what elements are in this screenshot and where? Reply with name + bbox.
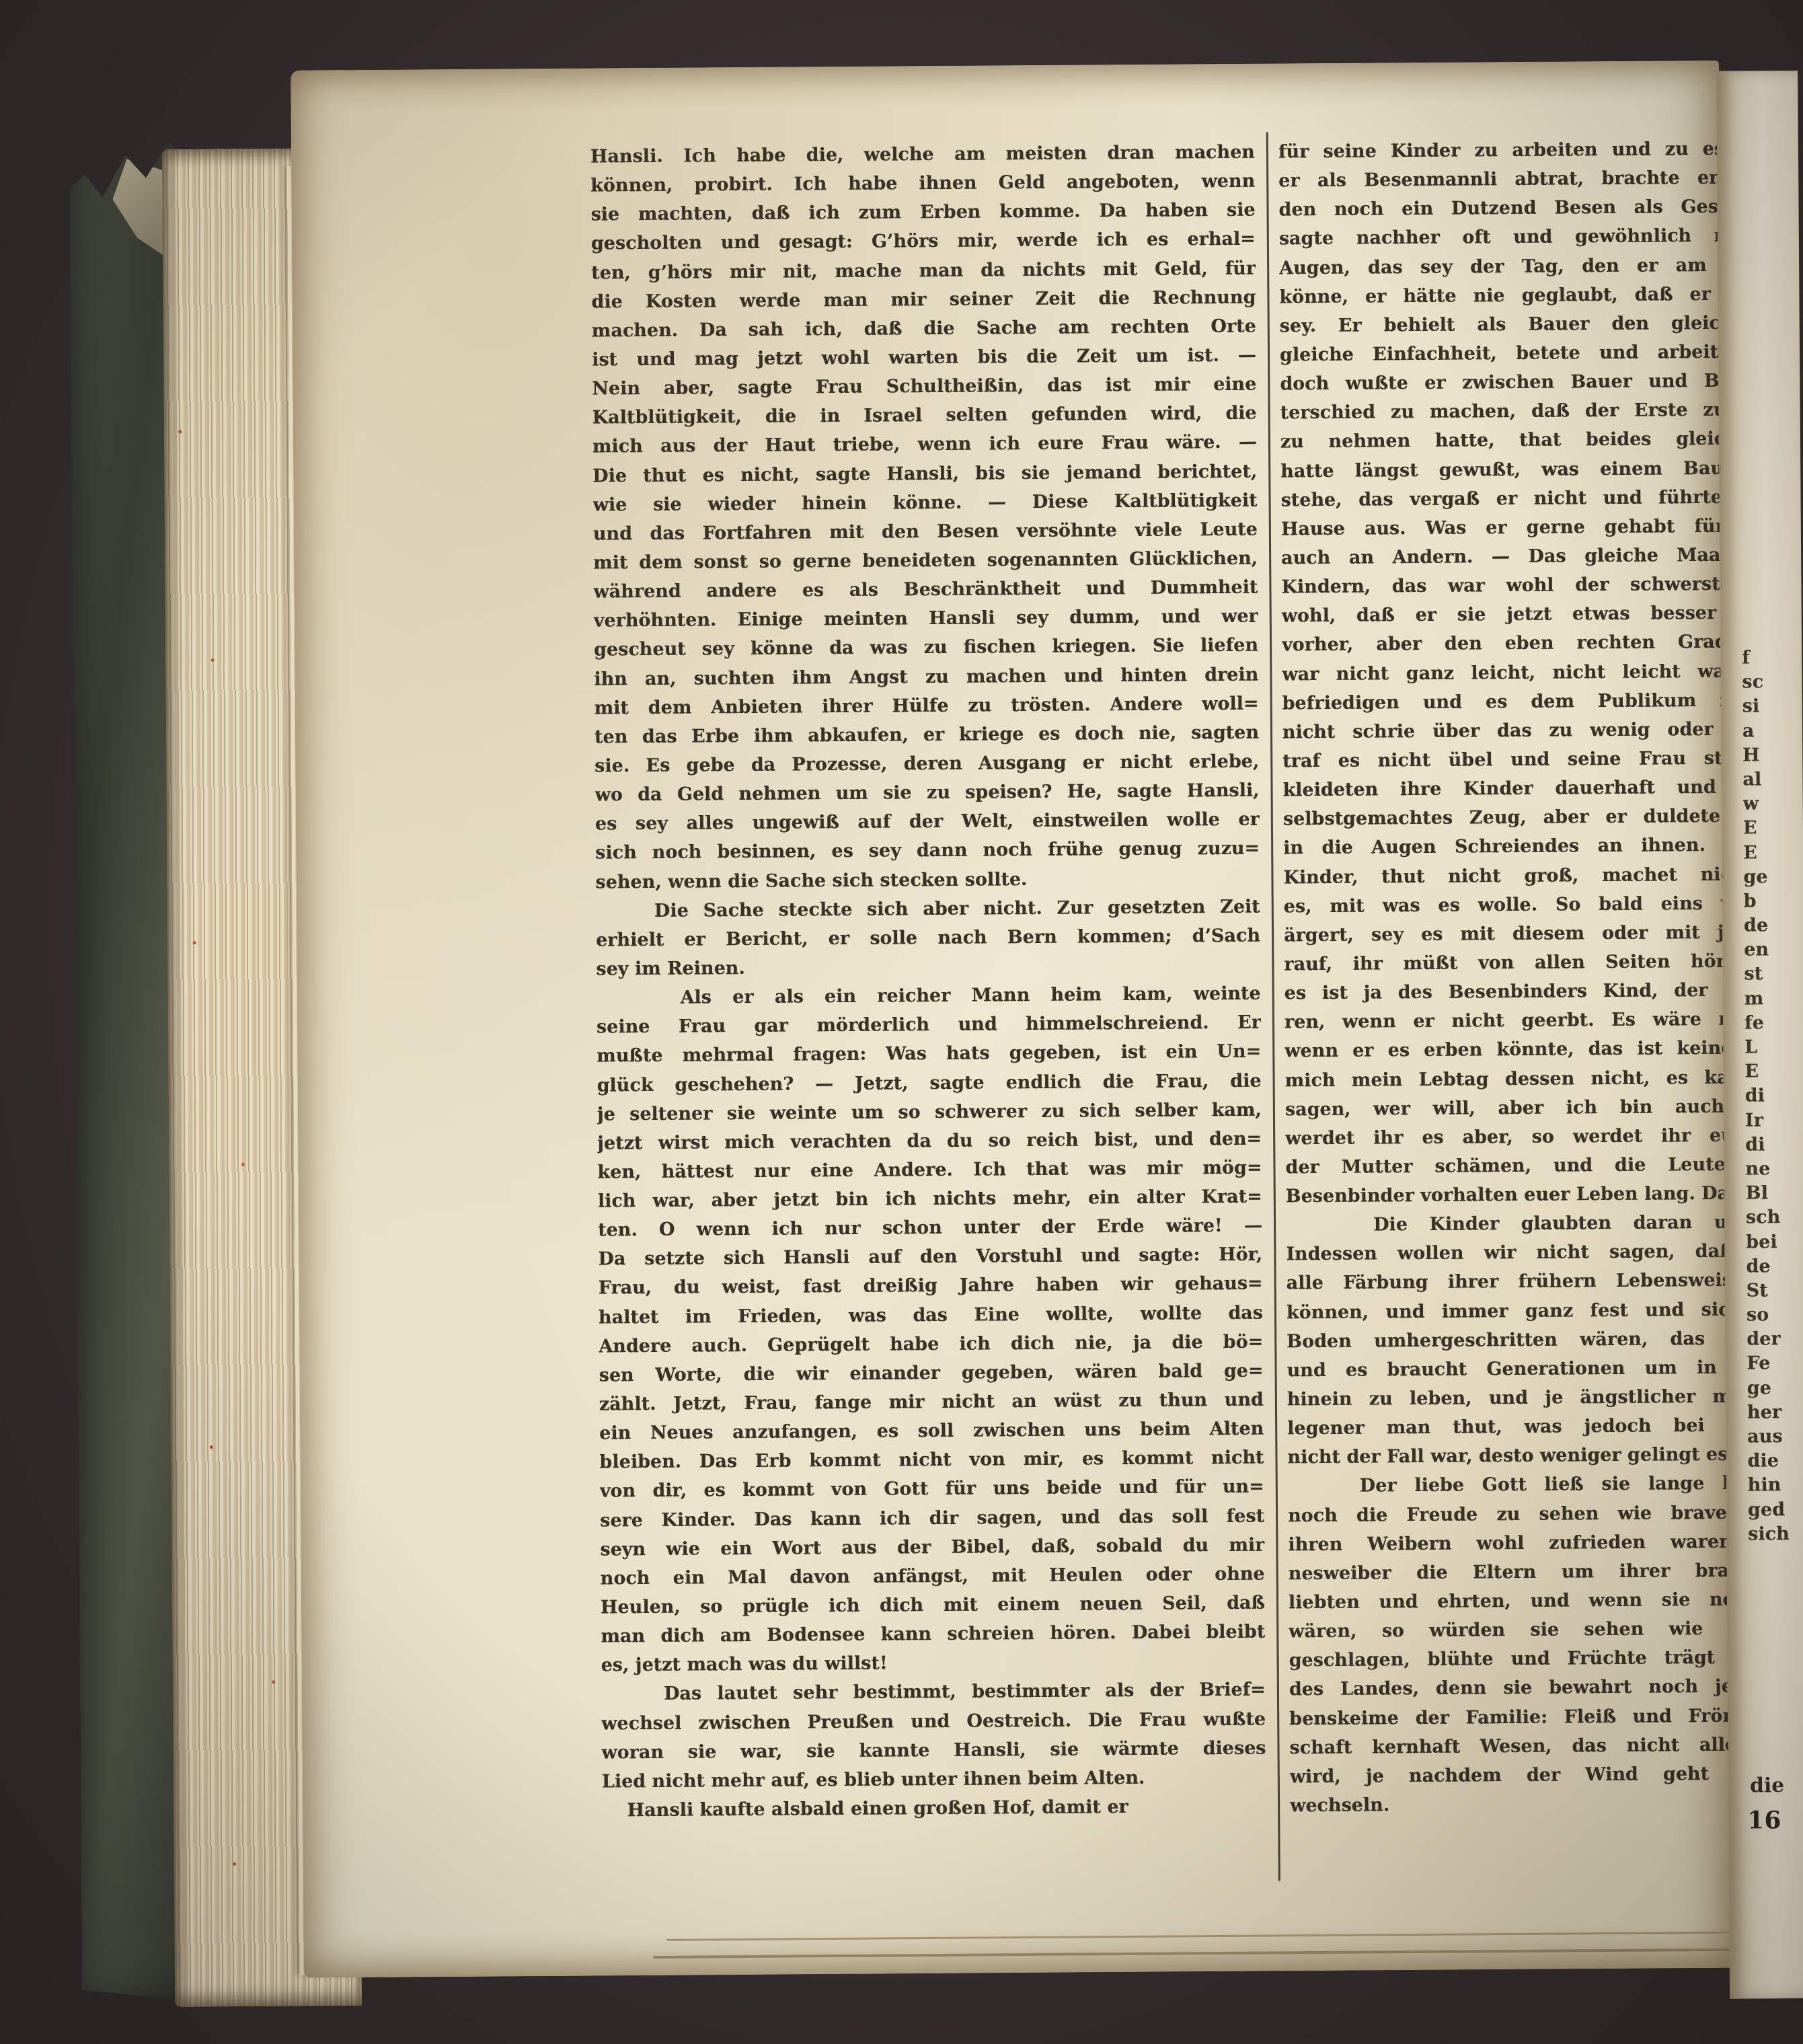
text-fragment: bei xyxy=(1746,1231,1803,1256)
text-line: schaft kernhaft Wesen, das nicht alle Ta… xyxy=(1289,1729,1803,1762)
text-fragment: H xyxy=(1742,745,1800,769)
text-fragment: en xyxy=(1744,939,1802,964)
text-fragment: Ir xyxy=(1745,1110,1803,1135)
text-line: man dich am Bodensee kann schreien hören… xyxy=(601,1618,1265,1651)
text-fragment: Fe xyxy=(1747,1353,1803,1377)
left-page: Hansli. Ich habe die, welche am meisten … xyxy=(291,61,1732,1978)
text-line: Andere auch. Geprügelt habe ich dich nie… xyxy=(599,1327,1263,1361)
text-line: gescholten und gesagt: G’hörs mir, werde… xyxy=(591,225,1256,258)
text-line: ihn an, suchten ihm Angst zu machen und … xyxy=(594,660,1258,693)
text-line: benskeime der Familie: Fleiß und Frömmig… xyxy=(1289,1700,1803,1733)
scan-background: { "book": { "description_title": "Scanne… xyxy=(0,0,1803,2044)
text-line: verhöhnten. Einige meinten Hansli sey du… xyxy=(594,602,1258,636)
text-fragment: so xyxy=(1747,1304,1803,1329)
text-line: Frau, du weist, fast dreißig Jahre haben… xyxy=(599,1269,1263,1303)
text-fragment: st xyxy=(1744,963,1802,988)
text-fragment: E xyxy=(1743,817,1801,842)
text-line: geschlagen, blühte und Früchte trägt unt… xyxy=(1289,1642,1803,1675)
signature-number: 16 xyxy=(1747,1806,1781,1834)
text-line: können, probirt. Ich habe ihnen Geld ang… xyxy=(590,167,1255,200)
text-fragment: sch xyxy=(1746,1207,1803,1232)
open-book: Hansli. Ich habe die, welche am meisten … xyxy=(61,53,1803,1997)
text-line: es, jetzt mach was du willst! xyxy=(601,1646,1265,1680)
text-line: ten, g’hörs mir nit, mache man da nichts… xyxy=(591,254,1256,287)
text-line: ten. O wenn ich nur schon unter der Erde… xyxy=(598,1211,1262,1245)
text-fragment: ge xyxy=(1743,866,1801,891)
text-fragment: sc xyxy=(1742,671,1800,696)
text-fragment: de xyxy=(1746,1256,1803,1281)
text-line: sich noch besinnen, es sey dann noch frü… xyxy=(595,834,1260,868)
text-fragment: de xyxy=(1744,915,1802,940)
text-line: bleiben. Das Erb kommt nicht von mir, es… xyxy=(599,1443,1264,1477)
text-fragment: die xyxy=(1747,1450,1803,1475)
text-line: Hansli. Ich habe die, welche am meisten … xyxy=(590,138,1255,172)
text-line: mußte mehrmal fragen: Was hats gegeben, … xyxy=(597,1037,1261,1071)
text-fragment: si xyxy=(1742,695,1800,720)
text-line: lich war, aber jetzt bin ich nichts mehr… xyxy=(598,1182,1262,1216)
text-line: wo da Geld nehmen um sie zu speisen? He,… xyxy=(594,776,1259,810)
text-fragment: ged xyxy=(1748,1499,1803,1524)
text-line: jetzt wirst mich verachten da du so reic… xyxy=(597,1124,1262,1158)
next-page-text-fragments: fscsiaHalwEEgebdeenstmfeLEdiIrdineBlschb… xyxy=(1742,647,1803,1548)
text-fragment: m xyxy=(1744,988,1802,1013)
text-line: ist und mag jetzt wohl warten bis die Ze… xyxy=(592,341,1256,375)
text-line: haltet im Frieden, was das Eine wollte, … xyxy=(599,1298,1263,1332)
text-line: ten das Erbe ihm abkaufen, er kriege es … xyxy=(594,718,1259,751)
text-line: Da setzte sich Hansli auf den Vorstuhl u… xyxy=(598,1240,1262,1274)
text-fragment: di xyxy=(1745,1085,1803,1110)
text-line: sie machten, daß ich zum Erben komme. Da… xyxy=(590,196,1255,229)
text-line: gescheut sey könne da was zu fischen kri… xyxy=(594,631,1258,665)
text-line: wechsel zwischen Preußen und Oestreich. … xyxy=(601,1704,1266,1738)
text-fragment: St xyxy=(1747,1280,1803,1305)
text-line: sere Kinder. Das kann ich dir sagen, und… xyxy=(600,1501,1264,1535)
text-line: mit dem Anbieten ihrer Hülfe zu trösten.… xyxy=(594,689,1259,722)
text-line: nesweiber die Eltern um ihrer braven Män… xyxy=(1289,1554,1803,1588)
text-line: ihren Weibern wohl zufrieden waren und b… xyxy=(1288,1525,1803,1559)
text-line: woran sie war, sie kannte Hansli, sie wä… xyxy=(601,1733,1266,1767)
text-line: wird, je nachdem der Wind geht und die U… xyxy=(1290,1757,1803,1791)
text-line: glück geschehen? — Jetzt, sagte endlich … xyxy=(597,1066,1261,1100)
text-line: erhielt er Bericht, er solle nach Bern k… xyxy=(596,921,1260,954)
text-line: Nein aber, sagte Frau Schultheißin, das … xyxy=(592,370,1256,404)
catchword: die xyxy=(1750,1774,1785,1797)
text-fragment: E xyxy=(1744,1061,1802,1086)
text-line: von dir, es kommt von Gott für uns beide… xyxy=(600,1472,1264,1506)
text-column-left: Hansli. Ich habe die, welche am meisten … xyxy=(590,138,1266,1825)
text-line: Als er als ein reicher Mann heim kam, we… xyxy=(597,979,1261,1013)
text-fragment: Bl xyxy=(1746,1182,1803,1207)
text-fragment: a xyxy=(1742,720,1800,745)
text-fragment: ge xyxy=(1747,1377,1803,1402)
text-line: sie. Es gebe da Prozesse, deren Ausgang … xyxy=(594,747,1259,781)
text-line: sehen, wenn die Sache sich stecken sollt… xyxy=(595,863,1260,897)
text-line: des Landes, denn sie bewahrt noch jetzt … xyxy=(1289,1671,1803,1704)
text-line: machen. Da sah ich, daß die Sache am rec… xyxy=(592,311,1256,345)
text-line: ken, hättest nur eine Andere. Ich that w… xyxy=(597,1153,1262,1187)
text-line: Hansli kaufte alsbald einen großen Hof, … xyxy=(602,1792,1266,1825)
text-line: seyn wie ein Wort aus der Bibel, daß, so… xyxy=(600,1530,1264,1564)
text-line: die Kosten werde man mir seiner Zeit die… xyxy=(591,282,1256,316)
text-fragment: b xyxy=(1744,891,1802,915)
text-fragment: E xyxy=(1743,842,1801,867)
text-line: wären, so würden sie sehen wie die Famil… xyxy=(1289,1613,1803,1646)
text-line: wechseln. xyxy=(1290,1786,1803,1820)
text-line: noch ein Mal davon anfängst, mit Heulen … xyxy=(601,1559,1265,1593)
text-line: seine Frau gar mörderlich und himmelschr… xyxy=(597,1008,1261,1042)
text-fragment: her xyxy=(1747,1402,1803,1427)
text-line: sey im Reinen. xyxy=(596,950,1260,984)
text-fragment: w xyxy=(1743,793,1801,818)
text-line: liebten und ehrten, und wenn sie noch je… xyxy=(1289,1583,1803,1617)
text-fragment: der xyxy=(1747,1328,1803,1353)
text-fragment: di xyxy=(1745,1134,1803,1159)
page-edge-line xyxy=(666,1930,1803,1940)
next-page-edge: fscsiaHalwEEgebdeenstmfeLEdiIrdineBlschb… xyxy=(1716,71,1803,1999)
text-line: Die Sache steckte sich aber nicht. Zur g… xyxy=(596,892,1260,925)
text-line: zählt. Jetzt, Frau, fange mir nicht an w… xyxy=(599,1386,1264,1419)
text-line: und das Fortfahren mit den Besen versöhn… xyxy=(593,515,1258,548)
text-line: es sey alles ungewiß auf der Welt, einst… xyxy=(595,805,1260,839)
text-line: mich aus der Haut triebe, wenn ich eure … xyxy=(592,428,1257,461)
text-line: mit dem sonst so gerne beneideten sogena… xyxy=(593,544,1258,578)
text-line: Heulen, so prügle ich dich mit einem neu… xyxy=(601,1589,1265,1622)
text-line: Das lautet sehr bestimmt, bestimmter als… xyxy=(601,1675,1266,1709)
text-line: während andere es als Beschränktheit und… xyxy=(593,573,1258,607)
text-fragment: ne xyxy=(1745,1158,1803,1183)
text-line: je seltener sie weinte um so schwerer zu… xyxy=(597,1095,1262,1129)
text-line: Die thut es nicht, sagte Hansli, bis sie… xyxy=(592,457,1257,490)
text-line: sen Worte, die wir einander gegeben, wär… xyxy=(599,1357,1263,1390)
text-line: wie sie wieder hinein könne. — Diese Kal… xyxy=(592,486,1257,519)
text-line: ein Neues anzufangen, es soll zwischen u… xyxy=(599,1414,1264,1448)
column-divider-rule xyxy=(1266,133,1280,1881)
text-fragment: al xyxy=(1742,769,1800,794)
text-line: Lied nicht mehr auf, es blieb unter ihne… xyxy=(602,1762,1266,1796)
text-fragment: hin xyxy=(1748,1474,1803,1499)
text-fragment: fe xyxy=(1744,1012,1802,1037)
text-fragment: f xyxy=(1742,647,1800,672)
page-edge-line xyxy=(654,1946,1803,1958)
text-fragment: sich xyxy=(1748,1523,1803,1548)
text-fragment: L xyxy=(1744,1036,1802,1061)
text-line: Kaltblütigkeit, die in Israel selten gef… xyxy=(592,399,1257,432)
text-fragment: aus xyxy=(1747,1426,1803,1451)
